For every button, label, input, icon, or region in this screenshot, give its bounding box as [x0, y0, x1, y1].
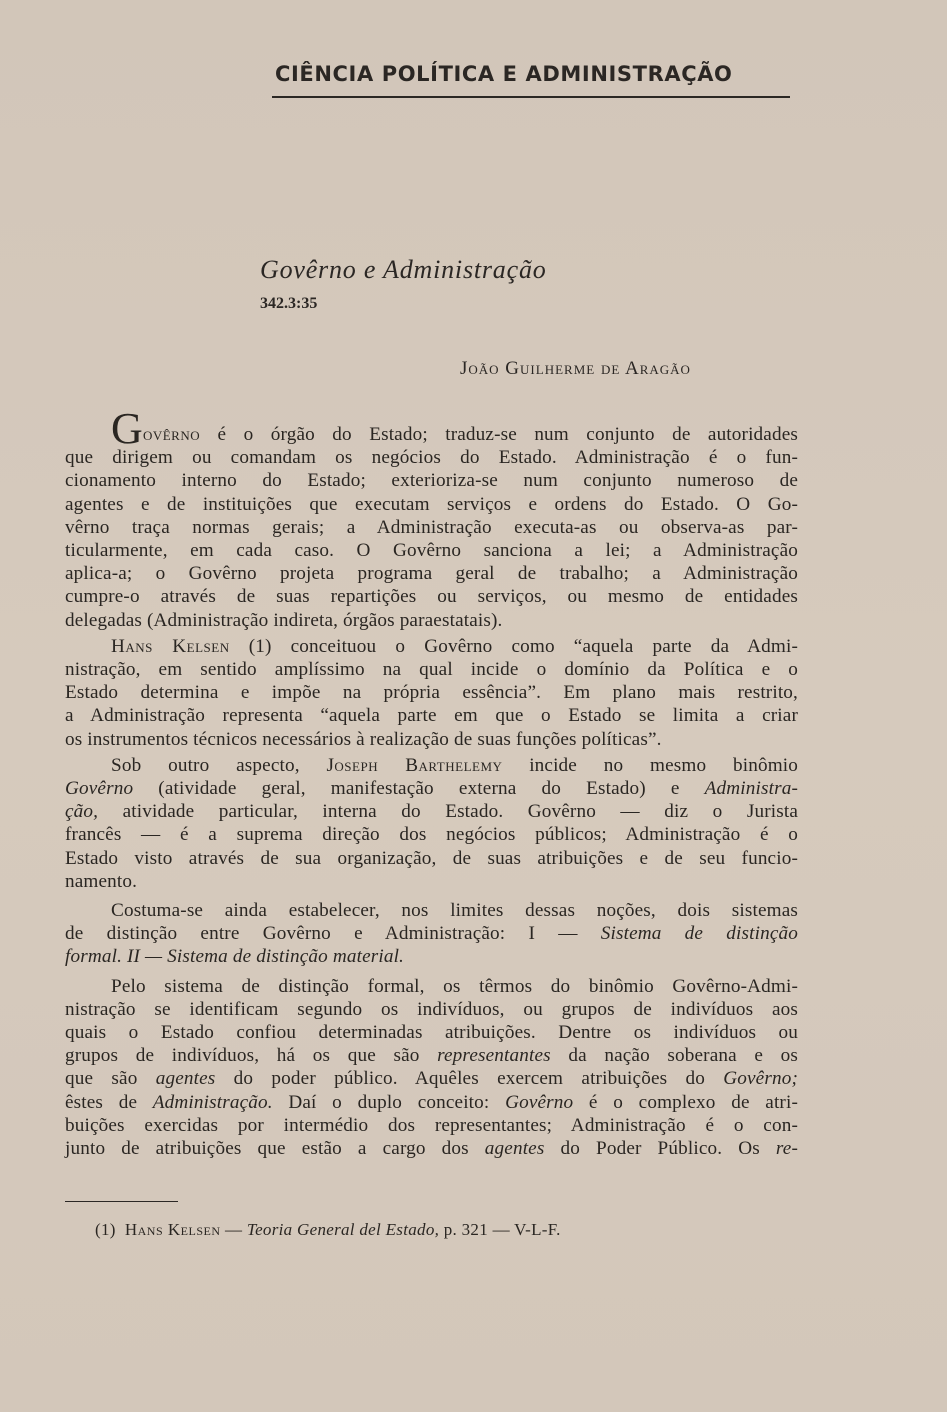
- footnote-author: Hans Kelsen: [125, 1220, 221, 1239]
- text-line: namento.: [65, 870, 798, 893]
- document-page: CIÊNCIA POLÍTICA E ADMINISTRAÇÃO Govêrno…: [0, 0, 947, 1412]
- running-head: CIÊNCIA POLÍTICA E ADMINISTRAÇÃO: [275, 62, 790, 86]
- paragraph-3: Sob outro aspecto, Joseph Barthelemy inc…: [65, 754, 798, 893]
- paragraph-1: Govêrno é o órgão do Estado; traduz-se n…: [65, 419, 798, 632]
- footnote-work-title: Teoria General del Estado,: [247, 1220, 439, 1239]
- paragraph-5: Pelo sistema de distinção formal, os têr…: [65, 975, 798, 1161]
- text-line: delegadas (Administração indireta, órgão…: [65, 609, 798, 632]
- article-body: Govêrno é o órgão do Estado; traduz-se n…: [65, 419, 798, 1163]
- text-line: Hans Kelsen (1) conceituou o Govêrno com…: [65, 635, 798, 658]
- text-line: Costuma-se ainda estabelecer, nos limite…: [65, 899, 798, 922]
- text-line: nistração se identificam segundo os indi…: [65, 998, 798, 1021]
- running-head-rule: [272, 96, 790, 98]
- paragraph-2: Hans Kelsen (1) conceituou o Govêrno com…: [65, 635, 798, 751]
- text-line: que são agentes do poder público. Aquêle…: [65, 1067, 798, 1090]
- text-line: grupos de indivíduos, há os que são repr…: [65, 1044, 798, 1067]
- text-line: formal. II — Sistema de distinção materi…: [65, 945, 798, 968]
- text-line: Govêrno é o órgão do Estado; traduz-se n…: [65, 419, 798, 446]
- text-line: os instrumentos técnicos necessários à r…: [65, 728, 798, 751]
- text-line: cumpre-o através de suas repartições ou …: [65, 585, 798, 608]
- text-line: agentes e de instituições que executam s…: [65, 493, 798, 516]
- text-line: êstes de Administração. Daí o duplo conc…: [65, 1091, 798, 1114]
- footnote-page: p. 321 — V-L-F.: [439, 1220, 561, 1239]
- text-line: cionamento interno do Estado; exterioriz…: [65, 469, 798, 492]
- text-line: Estado visto através de sua organização,…: [65, 847, 798, 870]
- text-line: Sob outro aspecto, Joseph Barthelemy inc…: [65, 754, 798, 777]
- text-line: Pelo sistema de distinção formal, os têr…: [65, 975, 798, 998]
- text-line: quais o Estado confiou determinadas atri…: [65, 1021, 798, 1044]
- text-line: a Administração representa “aquela parte…: [65, 704, 798, 727]
- text-line: buições exercidas por intermédio dos rep…: [65, 1114, 798, 1137]
- footnote: (1) Hans Kelsen — Teoria General del Est…: [95, 1220, 561, 1240]
- text-line: ção, atividade particular, interna do Es…: [65, 800, 798, 823]
- footnote-marker: (1): [95, 1220, 116, 1239]
- text-line: aplica-a; o Govêrno projeta programa ger…: [65, 562, 798, 585]
- text-line: Govêrno (atividade geral, manifestação e…: [65, 777, 798, 800]
- text-line: Estado determina e impõe na própria essê…: [65, 681, 798, 704]
- text-line: vêrno traça normas gerais; a Administraç…: [65, 516, 798, 539]
- text-line: que dirigem ou comandam os negócios do E…: [65, 446, 798, 469]
- text-line: ticularmente, em cada caso. O Govêrno sa…: [65, 539, 798, 562]
- article-author: João Guilherme de Aragão: [460, 358, 691, 380]
- udc-classification: 342.3:35: [260, 295, 317, 313]
- article-title: Govêrno e Administração: [260, 255, 547, 285]
- text-line: junto de atribuições que estão a cargo d…: [65, 1137, 798, 1160]
- text-line: nistração, em sentido amplíssimo na qual…: [65, 658, 798, 681]
- text-line: francês — é a suprema direção dos negóci…: [65, 823, 798, 846]
- text-line: de distinção entre Govêrno e Administraç…: [65, 922, 798, 945]
- footnote-rule: [65, 1201, 178, 1202]
- paragraph-4: Costuma-se ainda estabelecer, nos limite…: [65, 899, 798, 969]
